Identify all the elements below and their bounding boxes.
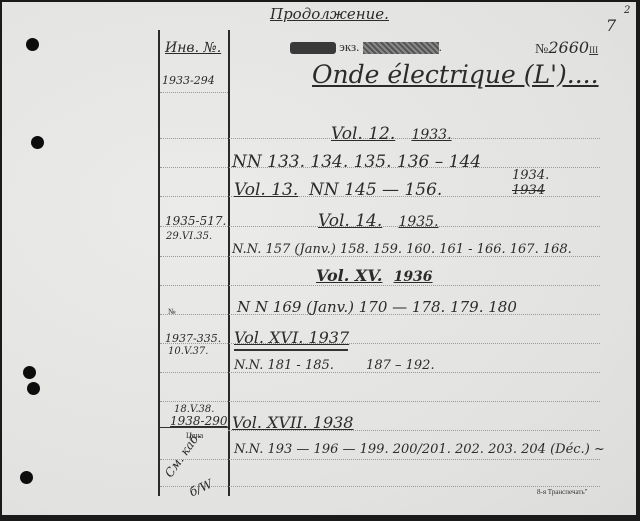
- inventory-entry: 1935-517.: [165, 214, 226, 228]
- catalog-overwrite: 7: [606, 16, 616, 35]
- ruled-line: [160, 401, 600, 402]
- ruled-line: [160, 285, 600, 286]
- cabinet-note: См. каб.: [162, 429, 203, 480]
- punch-hole: [27, 382, 40, 395]
- inventory-entry: 1933-294: [162, 74, 215, 87]
- issues-193-204: N.N. 193 — 196 — 199. 200/201. 202. 203.…: [234, 442, 605, 457]
- catalog-number: №2660III: [535, 38, 598, 58]
- redacted-field: [363, 42, 439, 54]
- issues-157-168: N.N. 157 (Janv.) 158. 159. 160. 161 - 16…: [232, 242, 572, 257]
- punch-hole: [26, 38, 39, 51]
- year-1934: 1934.: [512, 168, 549, 183]
- issues-181-192: N.N. 181 - 185. 187 – 192.: [234, 358, 435, 373]
- continuation-header: Продолжение.: [270, 5, 389, 23]
- periodical-title: Onde électrique (L')....: [312, 60, 599, 89]
- volume-17: Vol. XVII. 1938: [232, 413, 353, 432]
- catalog-card: Продолжение. 2 экз. . №2660III 7 Onde él…: [2, 2, 636, 515]
- redacted-field: [290, 42, 336, 54]
- issues-133-144: NN 133. 134. 135. 136 – 144: [232, 152, 481, 172]
- year-struck: 1934: [512, 183, 545, 198]
- left-column-divider: [228, 30, 230, 496]
- inventory-mark: №: [168, 307, 176, 316]
- ruled-line: [160, 92, 228, 93]
- cabinet-note-2: б/W: [187, 477, 214, 500]
- punch-hole: [31, 136, 44, 149]
- ruled-line: [160, 459, 600, 460]
- sheet-number: 2: [624, 5, 630, 16]
- printer-imprint: 8-я Транспечать": [537, 488, 588, 496]
- ruled-line: [160, 486, 600, 487]
- volume-16-underline: [234, 349, 348, 351]
- punch-hole: [23, 366, 36, 379]
- copies-label: экз.: [339, 39, 359, 54]
- volume-16: Vol. XVI. 1937: [234, 328, 349, 347]
- volume-13: Vol. 13. NN 145 — 156.: [234, 180, 442, 200]
- inventory-date: 29.VI.35.: [166, 231, 212, 242]
- inventory-header: Инв. №.: [165, 40, 221, 56]
- issues-169-180: N N 169 (Janv.) 170 — 178. 179. 180: [237, 298, 517, 316]
- volume-15: Vol. XV. 1936: [316, 266, 433, 285]
- volume-14: Vol. 14. 1935.: [318, 211, 439, 231]
- inventory-entry: 1938-290: [170, 414, 228, 428]
- inventory-entry: 1937-335.: [165, 332, 221, 345]
- volume-12: Vol. 12. 1933.: [331, 124, 452, 144]
- ruled-line: [160, 343, 600, 344]
- punch-hole: [20, 471, 33, 484]
- printed-field-row: экз. .: [290, 39, 442, 55]
- inventory-date: 10.V.37.: [168, 346, 208, 357]
